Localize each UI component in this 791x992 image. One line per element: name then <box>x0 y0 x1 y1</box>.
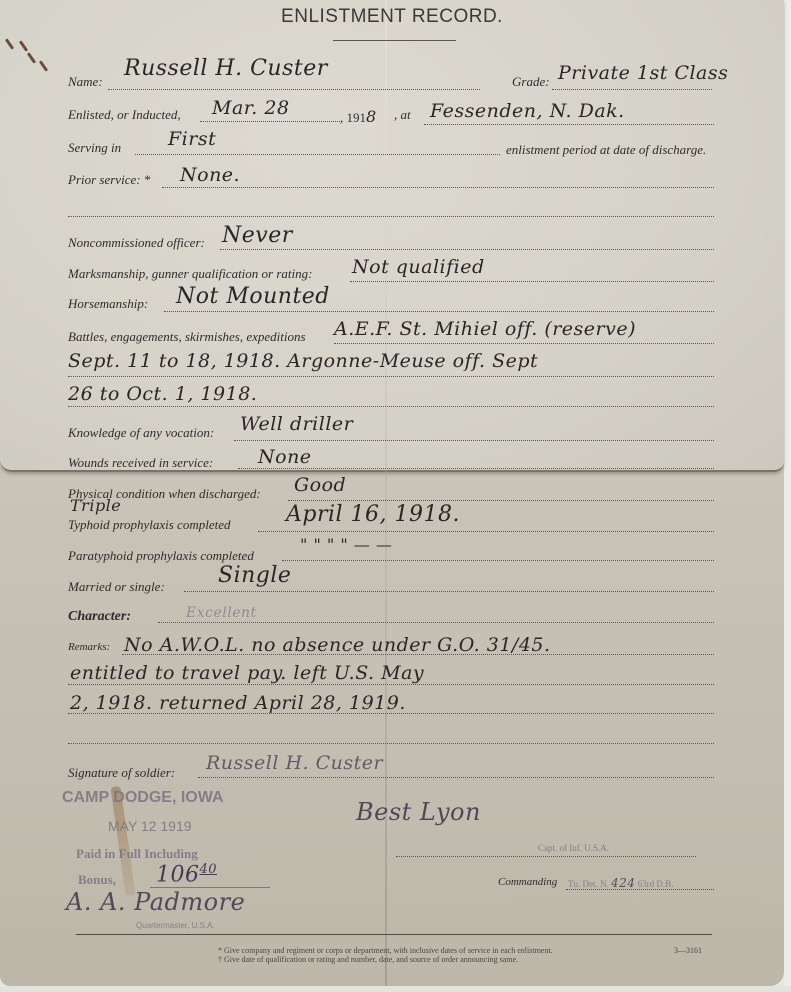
bonus-amount-cents: 40 <box>200 862 218 877</box>
prior-service-row: Prior service: * <box>68 172 150 188</box>
footnote-1: * Give company and regiment or corps or … <box>218 946 553 955</box>
quartermaster-title: Quartermaster, U.S.A. <box>136 921 215 930</box>
remarks-label: Remarks: <box>68 641 110 653</box>
battles-label: Battles, engagements, skirmishes, expedi… <box>68 329 306 345</box>
married-line <box>184 591 714 592</box>
wounds-line <box>238 468 714 469</box>
horsemanship-row: Horsemanship: <box>68 296 148 312</box>
document-title: ENLISTMENT RECORD. <box>0 6 784 28</box>
stamp-bonus-label: Bonus, <box>78 872 116 888</box>
battles-value-line3: 26 to Oct. 1, 1918. <box>68 383 257 405</box>
commanding-unit-suffix: 63rd D.B. <box>638 879 674 889</box>
nco-line <box>220 249 714 250</box>
prior-service-line-2 <box>68 216 714 217</box>
serving-value: First <box>168 128 216 150</box>
physical-value: Good <box>294 474 346 496</box>
enlisted-place-line <box>424 124 714 125</box>
marksmanship-row: Marksmanship, gunner qualification or ra… <box>68 266 312 282</box>
enlisted-year-prefix: , 191 <box>340 110 366 125</box>
name-label: Name: <box>68 74 103 90</box>
remarks-value-line2: entitled to travel pay. left U.S. May <box>70 662 424 684</box>
grade-row: Grade: <box>512 74 550 90</box>
battles-value-line1: A.E.F. St. Mihiel off. (reserve) <box>334 318 636 340</box>
married-label: Married or single: <box>68 579 165 595</box>
commanding-title-line: Capt. of Inf. U.S.A. <box>538 843 609 853</box>
serving-row: Serving in <box>68 140 121 156</box>
footer-rule <box>76 934 712 935</box>
soldier-signature: Russell H. Custer <box>206 752 383 774</box>
battles-value-line2: Sept. 11 to 18, 1918. Argonne-Meuse off.… <box>68 350 538 372</box>
typhoid-line <box>258 531 714 532</box>
remarks-value-line3: 2, 1918. returned April 28, 1919. <box>70 692 406 714</box>
typhoid-row: Typhoid prophylaxis completed <box>68 517 230 533</box>
background-edge <box>784 0 791 992</box>
paratyphoid-label: Paratyphoid prophylaxis completed <box>68 548 254 564</box>
nco-row: Noncommissioned officer: <box>68 235 205 251</box>
character-value: Excellent <box>186 605 257 621</box>
married-row: Married or single: <box>68 579 165 595</box>
prior-service-line <box>162 187 714 188</box>
form-number: 3—3161 <box>674 946 702 955</box>
horsemanship-label: Horsemanship: <box>68 296 148 312</box>
physical-line <box>288 500 714 501</box>
stamp-date: MAY 12 1919 <box>108 818 192 834</box>
vocation-value: Well driller <box>240 413 353 435</box>
enlisted-date-value: Mar. 28 <box>212 97 290 119</box>
stamp-paid-line: Paid in Full Including <box>76 846 198 862</box>
name-row: Name: <box>68 74 103 90</box>
typhoid-label: Typhoid prophylaxis completed <box>68 517 230 533</box>
enlisted-at-label: , at <box>394 107 411 122</box>
signature-row: Signature of soldier: <box>68 765 175 781</box>
horsemanship-line <box>164 311 714 312</box>
paratyphoid-line <box>282 560 714 561</box>
character-row: Character: <box>68 609 131 625</box>
remarks-value-line1: No A.W.O.L. no absence under G.O. 31/45. <box>124 634 551 656</box>
grade-label: Grade: <box>512 74 550 90</box>
remarks-row: Remarks: <box>68 641 110 653</box>
paratyphoid-row: Paratyphoid prophylaxis completed <box>68 548 254 564</box>
enlisted-place-value: Fessenden, N. Dak. <box>430 100 625 122</box>
commanding-unit: Tn. Det. N. 424 63rd D.B. <box>568 876 673 890</box>
commanding-row: Commanding <box>498 876 557 888</box>
commanding-signature-line <box>396 856 696 857</box>
enlisted-year-suffix: 8 <box>366 107 377 126</box>
commanding-unit-prefix: Tn. Det. N. <box>568 879 609 889</box>
grade-line <box>552 89 712 90</box>
battles-line-2 <box>68 376 714 377</box>
battles-line-1 <box>334 343 714 344</box>
footnote-2: † Give date of qualification or rating a… <box>218 955 518 964</box>
vocation-row: Knowledge of any vocation: <box>68 425 214 441</box>
battles-row: Battles, engagements, skirmishes, expedi… <box>68 329 306 345</box>
background-edge-bottom <box>0 986 791 992</box>
enlisted-label: Enlisted, or Inducted, <box>68 107 181 123</box>
bonus-amount: 10640 <box>156 862 217 887</box>
commanding-unit-number: 424 <box>611 876 635 890</box>
typhoid-annotation: Triple <box>70 496 121 515</box>
bonus-amount-whole: 106 <box>156 862 200 887</box>
remarks-line-2 <box>68 684 714 685</box>
typhoid-value: April 16, 1918. <box>286 502 460 527</box>
nco-label: Noncommissioned officer: <box>68 235 205 251</box>
name-value: Russell H. Custer <box>124 56 328 81</box>
marksmanship-value: Not qualified <box>352 256 485 278</box>
paratyphoid-value: " " " " — — <box>300 535 392 554</box>
marksmanship-label: Marksmanship, gunner qualification or ra… <box>68 266 312 282</box>
prior-service-value: None. <box>180 164 240 186</box>
commanding-label: Commanding <box>498 876 557 888</box>
battles-line-3 <box>68 406 714 407</box>
vertical-fold-crease <box>385 0 387 986</box>
prior-service-label: Prior service: * <box>68 172 150 188</box>
name-line <box>108 89 480 90</box>
grade-value: Private 1st Class <box>558 62 728 84</box>
character-label: Character: <box>68 609 131 625</box>
quartermaster-signature: A. A. Padmore <box>66 888 245 916</box>
marksmanship-line <box>350 281 714 282</box>
stamp-camp: CAMP DODGE, IOWA <box>62 789 224 807</box>
title-underline <box>333 40 456 41</box>
wounds-value: None <box>258 446 312 468</box>
horsemanship-value: Not Mounted <box>176 284 330 309</box>
enlisted-row: Enlisted, or Inducted, <box>68 107 181 123</box>
serving-label: Serving in <box>68 140 121 156</box>
character-line <box>158 622 714 623</box>
serving-suffix: enlistment period at date of discharge. <box>506 142 706 158</box>
vocation-label: Knowledge of any vocation: <box>68 425 214 441</box>
vocation-line <box>234 440 714 441</box>
wounds-label: Wounds received in service: <box>68 455 213 471</box>
enlisted-date-line <box>200 121 340 122</box>
signature-label: Signature of soldier: <box>68 765 175 781</box>
enlistment-record-document: ENLISTMENT RECORD. Name: Russell H. Cust… <box>0 0 784 986</box>
nco-value: Never <box>222 223 293 248</box>
signature-line <box>198 777 714 778</box>
commanding-officer-signature: Best Lyon <box>356 798 481 826</box>
enlisted-at: , at <box>394 107 411 123</box>
enlisted-year: , 1918 <box>340 107 377 126</box>
wounds-row: Wounds received in service: <box>68 455 213 471</box>
married-value: Single <box>218 563 291 588</box>
serving-line <box>135 154 500 155</box>
remarks-line-4 <box>68 743 714 744</box>
